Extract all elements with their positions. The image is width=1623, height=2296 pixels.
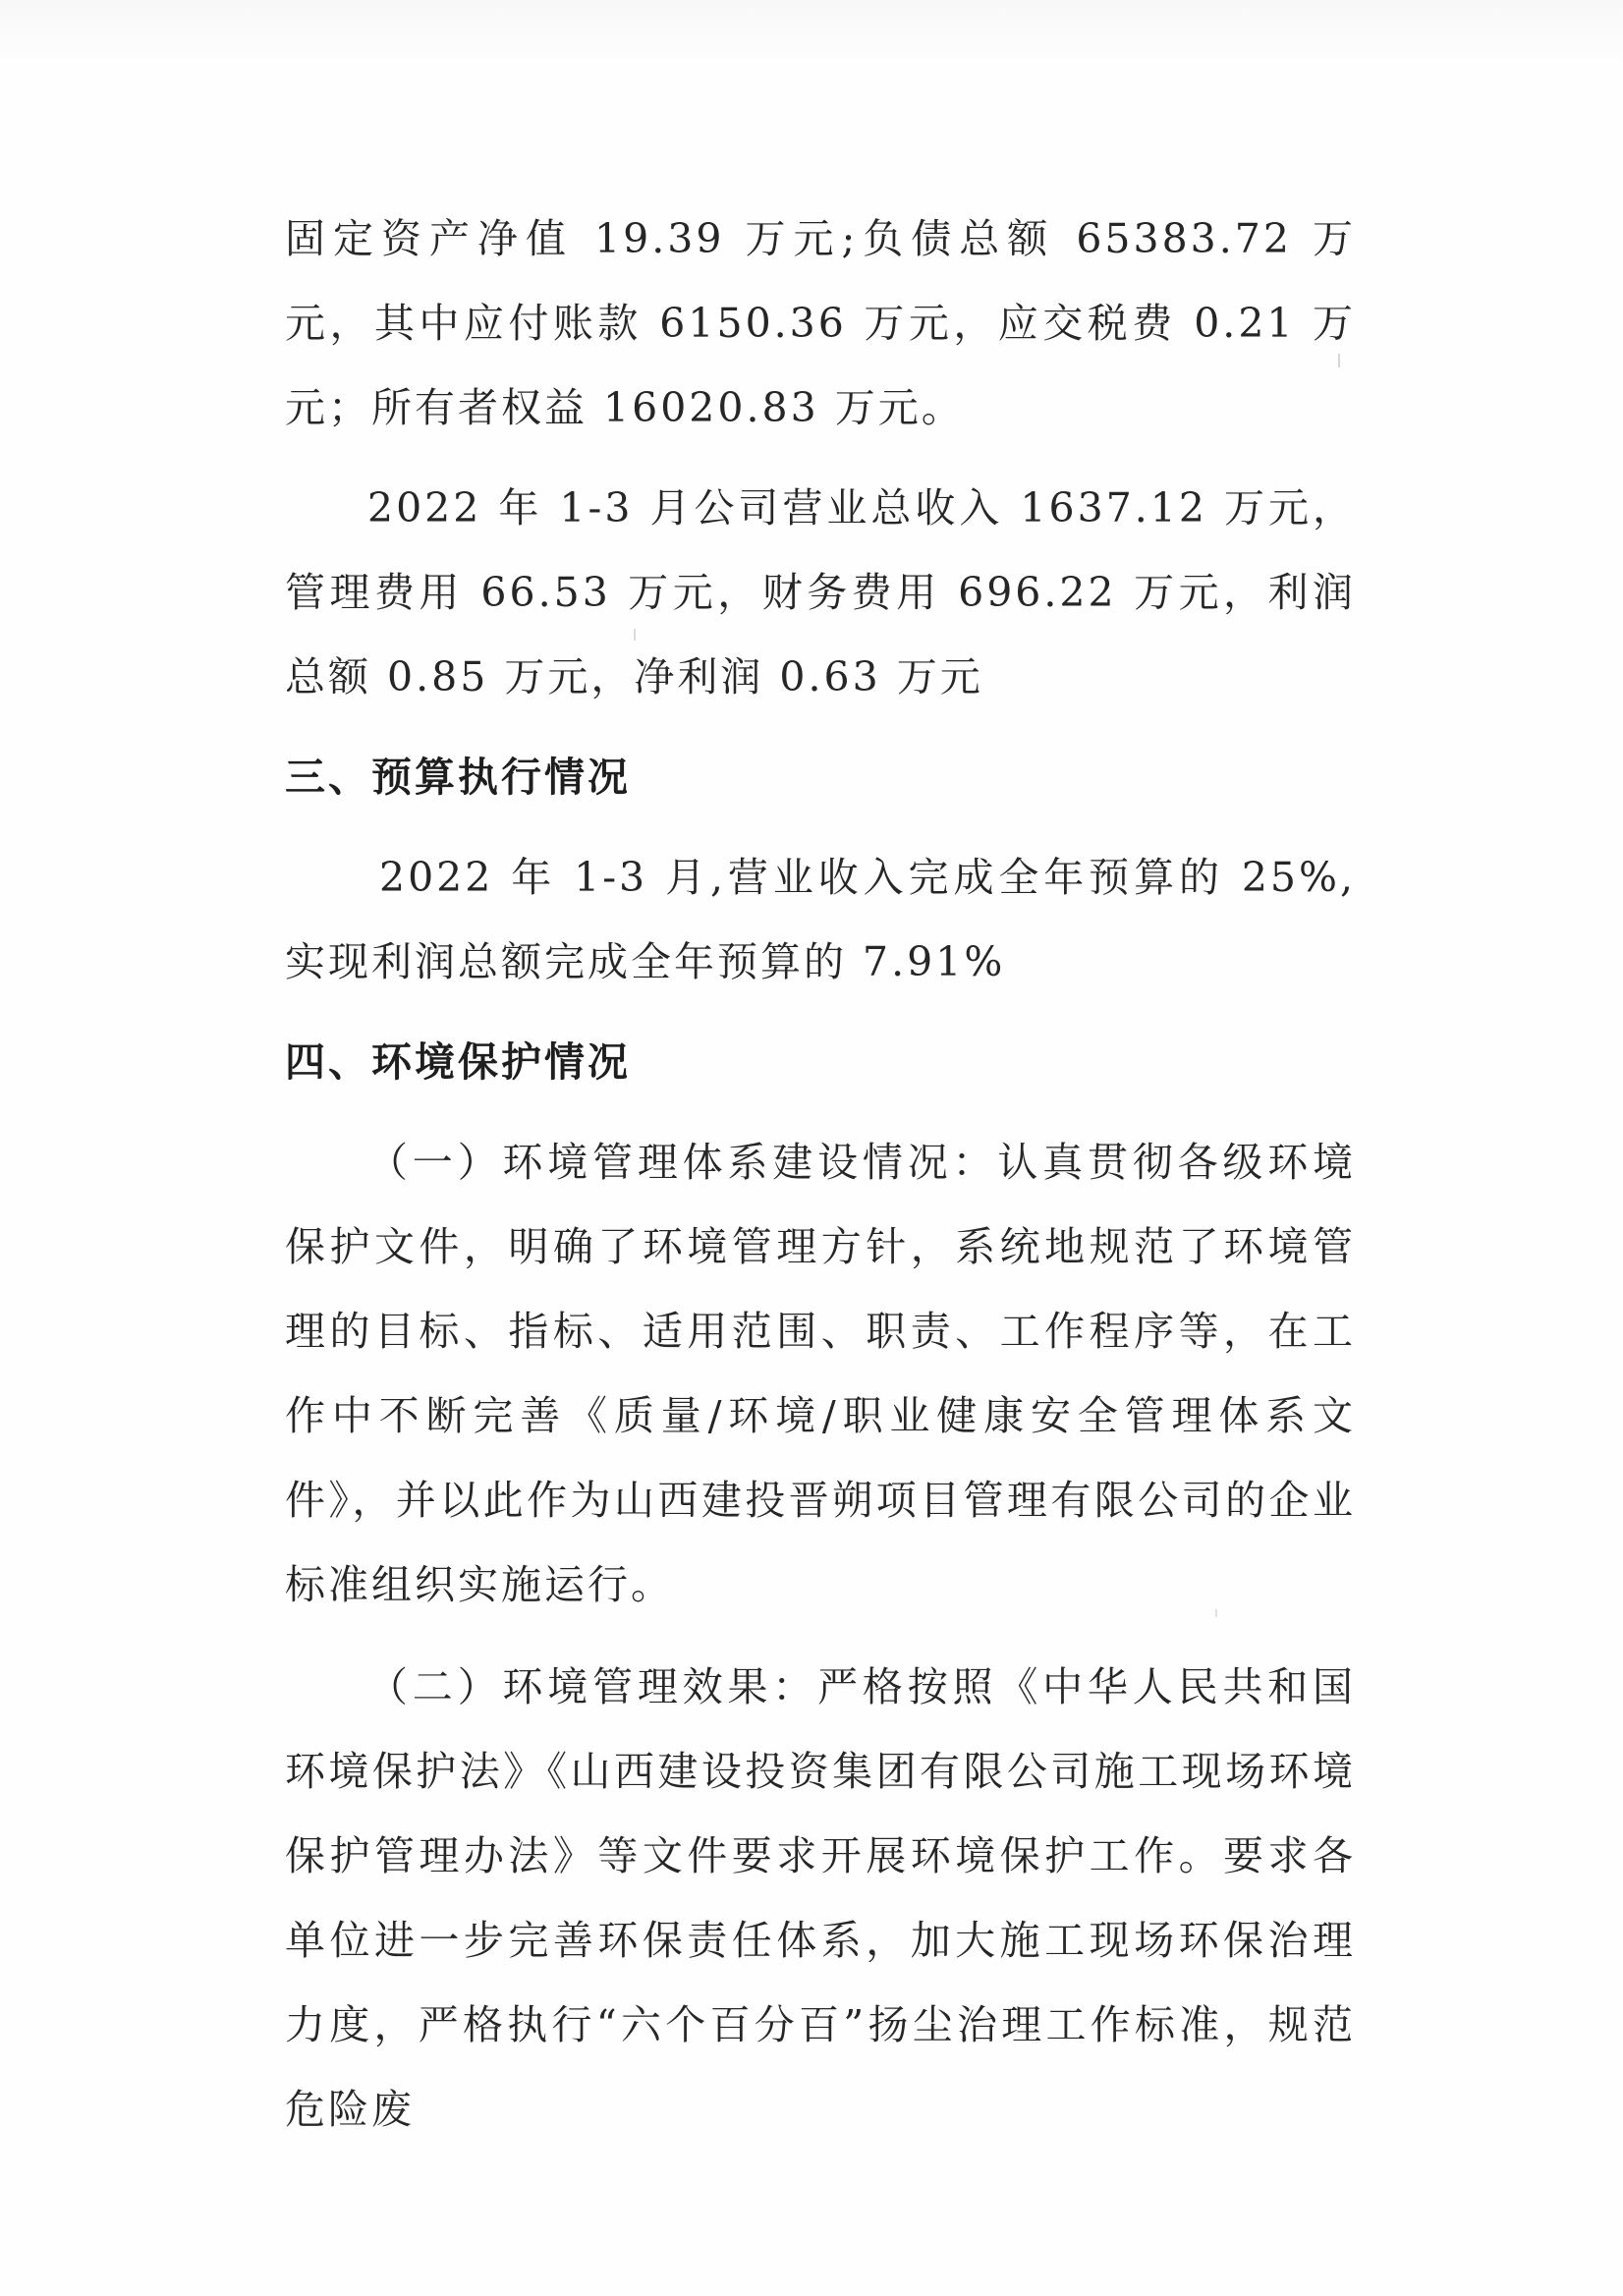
- scan-speck: [634, 629, 636, 641]
- paragraph-gap: [285, 819, 1356, 835]
- paragraph-budget-execution: 2022 年 1-3 月,营业收入完成全年预算的 25%,实现利润总额完成全年预…: [285, 835, 1356, 1004]
- paragraph-gap: [285, 450, 1356, 466]
- paragraph-gap: [285, 1627, 1356, 1645]
- section-heading-environment: 四、环境保护情况: [285, 1020, 1356, 1104]
- paragraph-env-mgmt-system: （一）环境管理体系建设情况：认真贯彻各级环境保护文件，明确了环境管理方针，系统地…: [285, 1120, 1356, 1627]
- paragraph-balance-sheet: 固定资产净值 19.39 万元;负债总额 65383.72 万元，其中应付账款 …: [285, 196, 1356, 450]
- document-body: 固定资产净值 19.39 万元;负债总额 65383.72 万元，其中应付账款 …: [285, 196, 1356, 2152]
- scan-speck: [1338, 354, 1340, 367]
- paragraph-gap: [285, 1004, 1356, 1020]
- section-heading-budget: 三、预算执行情况: [285, 735, 1356, 819]
- paragraph-env-mgmt-effect: （二）环境管理效果：严格按照《中华人民共和国环境保护法》《山西建设投资集团有限公…: [285, 1645, 1356, 2152]
- scan-artifact-top: [0, 0, 1623, 59]
- paragraph-gap: [285, 1104, 1356, 1120]
- scanned-page: 固定资产净值 19.39 万元;负债总额 65383.72 万元，其中应付账款 …: [0, 0, 1623, 2296]
- paragraph-income-statement: 2022 年 1-3 月公司营业总收入 1637.12 万元，管理费用 66.5…: [285, 466, 1356, 719]
- paragraph-gap: [285, 719, 1356, 735]
- scan-speck: [1215, 1609, 1217, 1617]
